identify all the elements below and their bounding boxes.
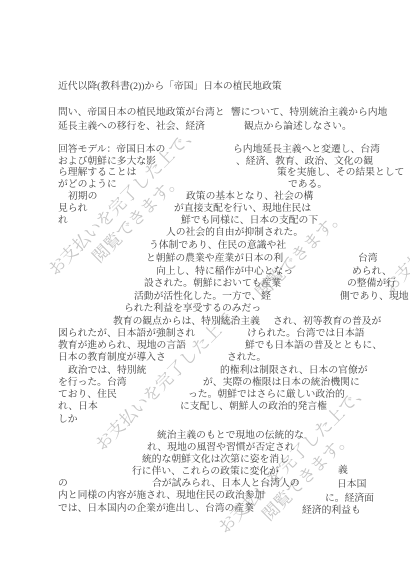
text-line: を行った。台湾 — [58, 377, 127, 388]
text-line: 側であり、現地 — [340, 291, 409, 302]
text-line: 行に伴い、これらの政策に変化が — [132, 466, 279, 477]
text-line: および朝鮮に多大な影 — [58, 156, 156, 167]
text-line: 向上し、特に稲作が中心となっ — [156, 266, 293, 277]
text-line: に支配し、朝鮮人の政治的発言権 — [180, 401, 327, 412]
text-line: 観点から論述しなさい。 — [244, 121, 352, 132]
text-line: が直接支配を行い、現地住民は — [174, 203, 311, 214]
text-line: られた利益を享受するのみだっ — [124, 303, 261, 314]
text-line: 見られ — [58, 203, 87, 214]
text-line: 教育が進められ、現地の言語 — [58, 340, 186, 351]
text-line: された。 — [227, 352, 266, 363]
text-line: ており、住民 — [58, 389, 117, 400]
text-line: 設された。朝鮮においても産業 — [144, 278, 281, 289]
text-line: 政治では、特別統 — [68, 365, 146, 376]
text-line: 教育の観点からは、特別統治主義 — [113, 316, 260, 327]
text-line: 人の社会的自由が抑制された。 — [166, 227, 303, 238]
text-line: れ — [58, 215, 68, 226]
text-line: 響について、特別統治主義から内地 — [231, 107, 387, 118]
text-line: ら理解することは — [58, 167, 136, 178]
text-line: 延長主義への移行を、社会、経済 — [58, 121, 205, 132]
text-line: 台湾 — [358, 253, 378, 264]
text-line: 統的な朝鮮文化は次第に姿を消し — [142, 454, 289, 465]
page-title: 近代以降(教科書(2))から「帝国」日本の植民地政策 — [58, 81, 282, 92]
text-line: 内と同様の内容が施され、現地住民の政治参加 — [58, 490, 264, 501]
text-line: う体制であり、住民の意識や社 — [149, 240, 286, 251]
text-line: った。朝鮮ではさらに厳しい政治的 — [188, 389, 345, 400]
text-line: 義 — [338, 465, 348, 476]
text-line: では、日本国内の企業が進出し、台湾の産業 — [58, 503, 254, 514]
text-line: と朝鮮の農業や産業が日本の利 — [146, 253, 283, 264]
text-line: が、実際の権限は日本の統治機関に — [203, 377, 360, 388]
text-line: 回答モデル：帝国日本の — [58, 144, 165, 155]
text-line: の整備が行 — [347, 278, 396, 289]
text-line: 鮮でも同様に、日本の支配の下 — [181, 215, 318, 226]
text-line: しか — [58, 414, 78, 425]
text-line: けられた。台湾では日本語 — [247, 328, 365, 339]
text-line: 図られたが、日本語が強制され — [58, 328, 195, 339]
text-line: ら内地延長主義へと変遷し、台湾 — [233, 144, 380, 155]
text-line: 鮮でも日本語の普及とともに、 — [245, 340, 382, 351]
text-line: 的権利は制限され、日本の官僚が — [220, 365, 368, 376]
text-line: 合が試みられ、日本人と台湾人の — [152, 478, 300, 489]
text-line: 政策の基本となり、社会の構 — [186, 191, 313, 202]
text-line: められ、 — [352, 266, 392, 277]
text-line: 日本の教育制度が導入さ — [58, 352, 166, 363]
text-line: 経済的利益も — [302, 505, 361, 516]
text-line: 、経済、教育、政治、文化の観 — [236, 156, 373, 167]
text-line: 問い、帝国日本の植民地政策が台湾と — [58, 107, 225, 118]
document-page: お支払いを完了した上で、閲覧できます。閲覧できます。お支払いを完了した上で、お支… — [0, 0, 410, 580]
text-line: され、初等教育の普及が — [273, 316, 381, 327]
text-line: 策を実施し、その結果として — [277, 167, 404, 178]
text-line: 統治主義のもとで現地の伝統的な — [157, 430, 304, 441]
text-line: がどのように — [58, 179, 117, 190]
text-line: の — [58, 478, 68, 489]
text-line: に。経済面 — [325, 493, 374, 504]
text-line: 日本国 — [337, 479, 366, 490]
text-line: れ、現地の風習や習慣が否定され — [147, 442, 295, 453]
text-line: である。 — [288, 179, 327, 190]
document-body: 近代以降(教科書(2))から「帝国」日本の植民地政策問い、帝国日本の植民地政策が… — [0, 0, 410, 580]
text-line: 活動が活性化した。一方で、経 — [134, 291, 271, 302]
text-line: れ、日本 — [58, 401, 98, 412]
text-line: 初期の — [68, 191, 97, 202]
